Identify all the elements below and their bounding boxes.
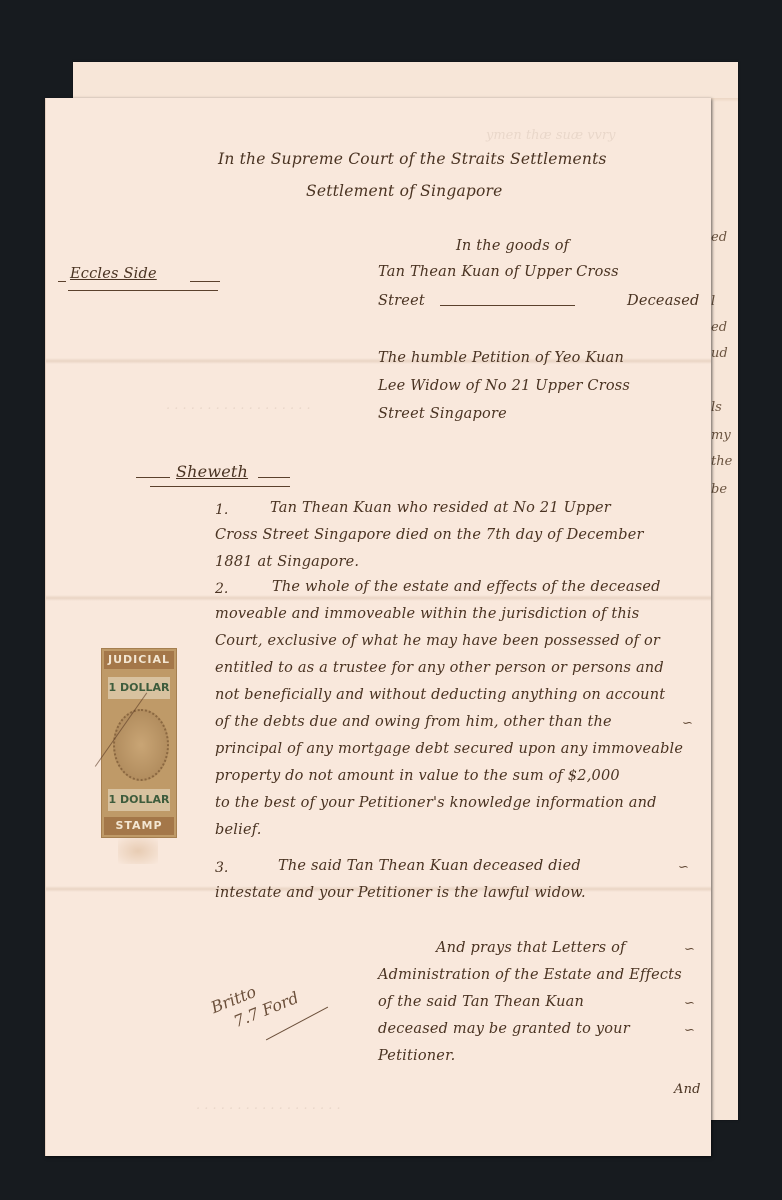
- bleed-through-text: . . . . . . . . . . . . . . . . . .: [166, 398, 311, 413]
- stamp-value-bottom: 1 DOLLAR: [108, 789, 170, 811]
- prayer-line: And prays that Letters of: [436, 940, 626, 956]
- bleed-through-text: . . . . . . . . . . . . . . . . . .: [196, 1098, 341, 1113]
- paragraph-2-line: of the debts due and owing from him, oth…: [215, 714, 612, 730]
- court-heading-line1: In the Supreme Court of the Straits Sett…: [218, 150, 607, 168]
- matter-line2: Tan Thean Kuan of Upper Cross: [378, 264, 619, 280]
- prayer-line: of the said Tan Thean Kuan: [378, 994, 584, 1010]
- prayer-line: Petitioner.: [378, 1048, 455, 1064]
- stamp-bottom-label: STAMP: [104, 817, 174, 835]
- side-label-dash: [190, 281, 220, 282]
- paragraph-2-line: not beneficially and without deducting a…: [215, 687, 665, 703]
- side-label: Eccles Side: [70, 266, 157, 282]
- paragraph-number: 2.: [215, 581, 228, 597]
- paragraph-1-line: Cross Street Singapore died on the 7th d…: [215, 527, 644, 543]
- paragraph-1-line: Tan Thean Kuan who resided at No 21 Uppe…: [270, 500, 611, 516]
- back-margin-fragment: be: [711, 482, 751, 497]
- side-label-dash: [58, 281, 66, 282]
- back-margin-fragment: ed: [711, 230, 751, 245]
- back-margin-fragment: l: [711, 294, 751, 309]
- back-margin-fragment: my: [711, 428, 751, 443]
- line-filler-flourish: ∽: [682, 716, 693, 731]
- paragraph-2-line: The whole of the estate and effects of t…: [272, 579, 661, 595]
- paragraph-2-line: property do not amount in value to the s…: [215, 768, 620, 784]
- sheweth-dash: [258, 477, 290, 478]
- stamp-value-top: 1 DOLLAR: [108, 677, 170, 699]
- stamp-cancellation-mark: [95, 693, 188, 796]
- paper-fold-line: [46, 595, 711, 601]
- paragraph-2-line: belief.: [215, 822, 262, 838]
- matter-line3-right: Deceased: [627, 293, 699, 309]
- paragraph-2-line: to the best of your Petitioner's knowled…: [215, 795, 657, 811]
- sheweth-dash: [136, 477, 170, 478]
- catchword: And: [674, 1082, 701, 1097]
- sheweth-heading: Sheweth: [176, 462, 248, 481]
- line-filler-flourish: ∽: [684, 942, 695, 957]
- paragraph-2-line: entitled to as a trustee for any other p…: [215, 660, 664, 676]
- stamp-top-label: JUDICIAL: [104, 651, 174, 669]
- paragraph-3-line: intestate and your Petitioner is the law…: [215, 885, 586, 901]
- matter-line1: In the goods of: [456, 238, 569, 254]
- paragraph-2-line: moveable and immoveable within the juris…: [215, 606, 639, 622]
- prayer-line: Administration of the Estate and Effects: [378, 967, 682, 983]
- court-heading-line2: Settlement of Singapore: [306, 182, 503, 200]
- petition-intro-line3: Street Singapore: [378, 406, 507, 422]
- back-margin-fragment: ed: [711, 320, 751, 335]
- stamp-stain: [118, 838, 158, 864]
- back-margin-fragment: ud: [711, 346, 751, 361]
- bleed-through-text: ymen thæ suæ vvry: [486, 128, 615, 143]
- paragraph-2-line: principal of any mortgage debt secured u…: [215, 741, 683, 757]
- petition-intro-line1: The humble Petition of Yeo Kuan: [378, 350, 624, 366]
- paragraph-number: 3.: [215, 860, 228, 876]
- back-margin-fragment: the: [711, 454, 751, 469]
- paragraph-2-line: Court, exclusive of what he may have bee…: [215, 633, 660, 649]
- petition-intro-line2: Lee Widow of No 21 Upper Cross: [378, 378, 630, 394]
- paragraph-number: 1.: [215, 502, 228, 518]
- back-margin-fragment: ls: [711, 400, 751, 415]
- paragraph-1-line: 1881 at Singapore.: [215, 554, 359, 570]
- prayer-line: deceased may be granted to your: [378, 1021, 630, 1037]
- matter-rule: [440, 305, 575, 306]
- line-filler-flourish: ∽: [684, 996, 695, 1011]
- judicial-stamp: JUDICIAL 1 DOLLAR 1 DOLLAR STAMP: [101, 648, 177, 838]
- line-filler-flourish: ∽: [684, 1023, 695, 1038]
- paragraph-3-line: The said Tan Thean Kuan deceased died: [278, 858, 581, 874]
- line-filler-flourish: ∽: [678, 860, 689, 875]
- side-label-underline: [68, 290, 218, 291]
- matter-line3-left: Street: [378, 293, 425, 309]
- sheweth-underline: [150, 486, 290, 487]
